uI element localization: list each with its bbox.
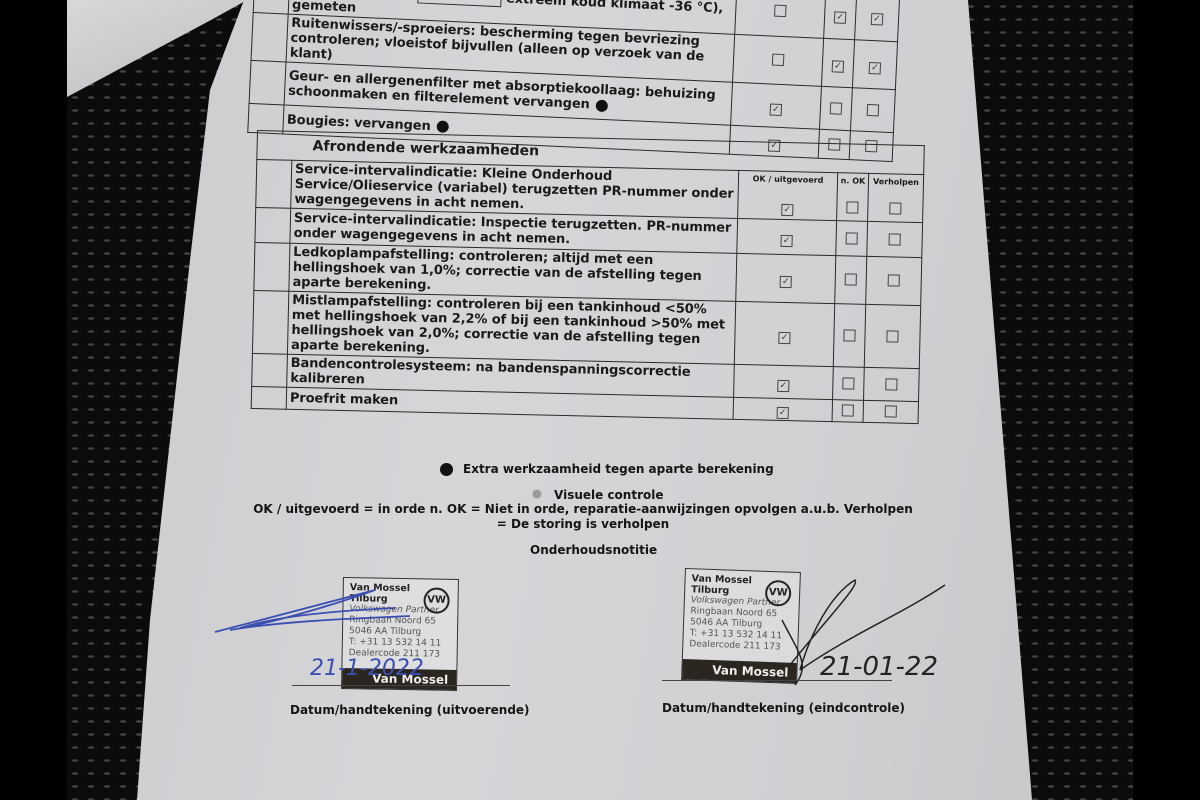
document-content: bescherming tegen bevriezing waarde invu… [0, 0, 1200, 800]
checkbox-ok[interactable]: ✓ [780, 234, 792, 246]
checkbox-nok[interactable]: ✓ [834, 11, 847, 24]
checkbox-verholpen[interactable] [885, 405, 897, 417]
checkbox-nok[interactable] [845, 273, 857, 285]
checkbox-ok[interactable]: ✓ [777, 379, 789, 391]
signature-label-left: Datum/handtekening (uitvoerende) [290, 703, 530, 717]
signature-right: 21-01-22 [770, 575, 970, 695]
checkbox-verholpen[interactable] [888, 274, 900, 286]
checkbox-verholpen[interactable]: ✓ [869, 62, 882, 75]
extra-work-dot-icon [440, 463, 453, 476]
signature-date-left: 21-1-2022 [310, 656, 424, 680]
signature-left: 21-1-2022 [200, 570, 540, 680]
checkbox-ok[interactable]: ✓ [780, 276, 792, 288]
checkbox-verholpen[interactable] [886, 330, 898, 342]
row-text: Mistlampafstelling: controleren bij een … [287, 291, 735, 364]
signature-line-right [662, 680, 892, 681]
checkbox-nok[interactable] [843, 329, 855, 341]
checkbox-ok[interactable]: ✓ [781, 204, 793, 216]
checkbox-ok[interactable]: ✓ [778, 331, 790, 343]
partial-row-text: extreem koud klimaat -36 °C), gemeten [292, 0, 724, 16]
checkbox-ok[interactable] [774, 5, 787, 18]
checkbox-ok[interactable] [772, 54, 785, 67]
column-header-nok: n. OK [839, 176, 867, 187]
checkbox-nok[interactable] [846, 232, 858, 244]
visual-check-dot-icon [532, 489, 542, 499]
signature-label-right: Datum/handtekening (eindcontrole) [662, 701, 905, 715]
legend-visual-check: Visuele controle [532, 488, 664, 502]
checkbox-ok[interactable]: ✓ [770, 103, 783, 116]
checkbox-ok[interactable]: ✓ [777, 407, 789, 419]
checkbox-nok[interactable] [846, 201, 858, 213]
checkbox-nok[interactable]: ✓ [832, 60, 845, 73]
column-header-ok: OK / uitgevoerd [740, 174, 836, 186]
checkbox-nok[interactable] [842, 377, 854, 389]
legend-extra-work: Extra werkzaamheid tegen aparte berekeni… [440, 462, 774, 476]
checkbox-verholpen[interactable] [889, 233, 901, 245]
column-header-verholpen: Verholpen [870, 177, 922, 188]
checkbox-verholpen[interactable] [889, 202, 901, 214]
checkbox-verholpen[interactable] [885, 378, 897, 390]
checkbox-verholpen[interactable] [867, 103, 880, 116]
notes-title: Onderhoudsnotitie [530, 543, 657, 557]
extra-work-dot-icon [436, 120, 449, 133]
checkbox-verholpen[interactable]: ✓ [871, 13, 884, 26]
completion-checklist-table: Afrondende werkzaamheden Service-interva… [251, 130, 925, 424]
extra-work-dot-icon [595, 99, 608, 112]
value-field[interactable]: -35 [417, 0, 502, 7]
checkbox-nok[interactable] [830, 102, 843, 115]
signature-line-left [292, 685, 510, 686]
checkbox-nok[interactable] [842, 404, 854, 416]
legend-explanation: OK / uitgevoerd = in orde n. OK = Niet i… [248, 502, 918, 532]
signature-date-right: 21-01-22 [820, 652, 938, 682]
